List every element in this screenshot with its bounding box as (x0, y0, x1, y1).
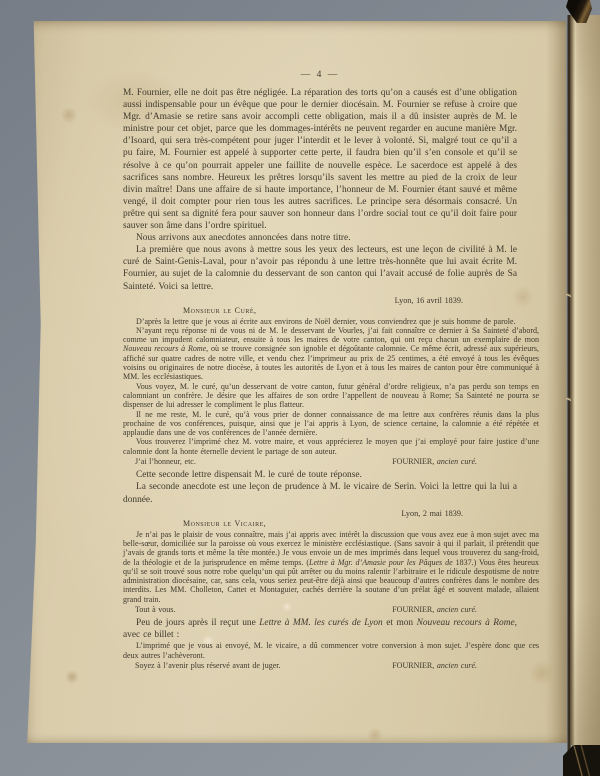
text-segment: Vous trouverez l’imprimé chez M. votre m… (123, 437, 539, 455)
letter2-signature: Tout à vous.FOURNIER, ancien curé. (123, 605, 517, 614)
text-segment: Il ne me reste, M. le curé, qu’à vous pr… (123, 410, 539, 438)
facing-page-edge (571, 15, 600, 745)
text-segment: Monsieur le Curé, (183, 306, 256, 315)
italic-text: ancien curé. (434, 661, 477, 670)
page-number: — 4 — (123, 70, 517, 80)
letter2-salutation: Monsieur le Vicaire, (183, 519, 517, 528)
signature-name: FOURNIER, ancien curé. (392, 661, 477, 670)
second-anecdote-intro: La seconde anecdote est une leçon de pru… (123, 481, 517, 505)
text-segment: N’ayant reçu réponse ni de vous ni de M.… (123, 326, 539, 344)
italic-text: ancien curé. (434, 605, 477, 614)
text-segment: La première que nous avons à mettre sous… (123, 245, 517, 291)
text-segment: FOURNIER, (392, 661, 434, 670)
signature-name: FOURNIER, ancien curé. (392, 457, 477, 466)
anecdotes-intro: Nous arrivons aux anecdotes annoncées da… (123, 232, 517, 244)
letter1-para-5: Vous trouverez l’imprimé chez M. votre m… (123, 437, 539, 456)
text-segment: D’après la lettre que je vous ai écrite … (136, 317, 516, 326)
letter1-para-4: Il ne me reste, M. le curé, qu’à vous pr… (123, 410, 539, 438)
text-segment: et mon (383, 618, 417, 628)
italic-text: Nouveau recours à Rome (123, 344, 206, 353)
italic-text: ancien curé. (434, 457, 477, 466)
letter1-para-1: D’après la lettre que je vous ai écrite … (123, 317, 539, 326)
signature-closing: Soyez à l’avenir plus réservé avant de j… (135, 661, 280, 670)
letter1-para-3: Vous voyez, M. le curé, qu’un desservant… (123, 382, 539, 410)
billet-body: L’imprimé que je vous ai envoyé, M. le v… (123, 641, 539, 660)
text-segment: L’imprimé que je vous ai envoyé, M. le v… (123, 641, 539, 659)
signature-closing: Tout à vous. (135, 605, 175, 614)
signature-name: FOURNIER, ancien curé. (392, 605, 477, 614)
text-segment: Lyon, 2 mai 1839. (401, 509, 463, 518)
text-segment: J’ai l’honneur, etc. (135, 457, 196, 466)
italic-text: Lettre à MM. les curés de Lyon (259, 618, 383, 628)
billet-signature: Soyez à l’avenir plus réservé avant de j… (123, 661, 517, 670)
italic-text: Lettre à Mgr. d’Amasie pour les Pâques d… (309, 558, 453, 567)
text-segment: Lyon, 16 avril 1839. (395, 296, 463, 305)
text-segment: Nous arrivons aux anecdotes annoncées da… (136, 233, 351, 243)
text-segment: Cette seconde lettre dispensait M. le cu… (136, 470, 362, 480)
text-segment: La seconde anecdote est une leçon de pru… (123, 482, 517, 504)
italic-text: Nouveau recours à Rome (417, 618, 515, 628)
text-segment: FOURNIER, (392, 457, 434, 466)
signature-closing: J’ai l’honneur, etc. (135, 457, 196, 466)
text-segment: M. Fournier, elle ne doit pas être négli… (123, 88, 517, 231)
background: — 4 — M. Fournier, elle ne doit pas être… (0, 0, 600, 776)
body-paragraph-opening: M. Fournier, elle ne doit pas être négli… (123, 87, 517, 232)
letter1-date: Lyon, 16 avril 1839. (123, 296, 517, 305)
text-segment: Vous voyez, M. le curé, qu’un desservant… (123, 382, 539, 410)
text-segment: FOURNIER, (392, 605, 434, 614)
letter1-comment: Cette seconde lettre dispensait M. le cu… (123, 469, 517, 481)
first-anecdote-intro: La première que nous avons à mettre sous… (123, 244, 517, 292)
letter2-date: Lyon, 2 mai 1839. (123, 509, 517, 518)
text-segment: Tout à vous. (135, 605, 175, 614)
book-page: — 4 — M. Fournier, elle ne doit pas être… (25, 21, 567, 743)
text-segment: Peu de jours après il reçut une (136, 618, 259, 628)
letter1-signature: J’ai l’honneur, etc.FOURNIER, ancien cur… (123, 457, 517, 466)
text-segment: Soyez à l’avenir plus réservé avant de j… (135, 661, 280, 670)
page-text: M. Fournier, elle ne doit pas être négli… (123, 87, 517, 672)
billet-intro: Peu de jours après il reçut une Lettre à… (123, 617, 517, 641)
letter1-salutation: Monsieur le Curé, (183, 306, 517, 315)
text-segment: Monsieur le Vicaire, (183, 519, 266, 528)
letter2-body: Je n’ai pas le plaisir de vous connaître… (123, 530, 539, 604)
letter1-para-2: N’ayant reçu réponse ni de vous ni de M.… (123, 326, 539, 382)
